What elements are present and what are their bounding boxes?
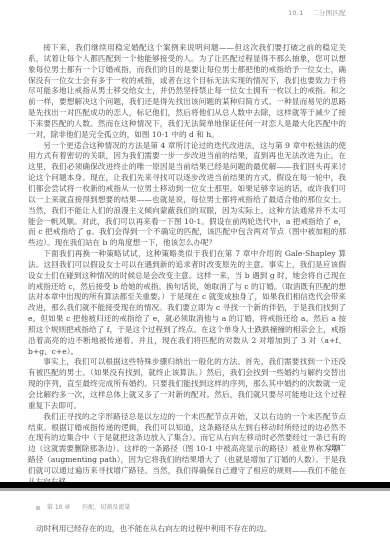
chapter-running-head: 第 10 章 匹配、切割及流量 (36, 502, 130, 511)
paragraph: 事实上，我们可以根据这些特殊步骤归纳出一般化的方法。首先，我们需要找到一个还没有… (28, 357, 346, 411)
section-number: 10.1 (288, 9, 304, 17)
body-text: 接下来，我们继续用稳定婚配这个案例来说明问题——但这次我们要打破之前的稳定关系，… (28, 43, 346, 488)
paragraph: 下面我们再换一种策略试试，这种策略类似于我们在第 7 章中介绍的 Gale-Sh… (28, 249, 346, 357)
paragraph: 另一个更适合这种情况的方法是第 4 章所讨论过的迭代改进法，这与第 9 章中松弛… (28, 141, 346, 249)
page-number: 231 (327, 443, 341, 452)
running-head: 10.1 二分图匹配 (288, 8, 346, 17)
section-title: 二分图匹配 (312, 9, 346, 17)
chapter-title: 匹配、切割及流量 (82, 504, 130, 511)
paragraph: 我们正寻找的之字形路径总是以左边的一个未匹配节点开始，又以右边的一个未匹配节点结… (28, 412, 346, 488)
paragraph: 接下来，我们继续用稳定婚配这个案例来说明问题——但这次我们要打破之前的稳定关系，… (28, 43, 346, 141)
book-page-231: 10.1 二分图匹配 接下来，我们继续用稳定婚配这个案例来说明问题——但这次我们… (0, 0, 390, 482)
square-marker-icon (36, 506, 40, 510)
chapter-number: 第 10 章 (47, 504, 70, 511)
continued-text: 动时利用已经存在的边，也不能在从右向左的过程中利用不存在的边。 (36, 523, 271, 534)
book-page-next: 第 10 章 匹配、切割及流量 动时利用已经存在的边，也不能在从右向左的过程中利… (0, 491, 390, 546)
